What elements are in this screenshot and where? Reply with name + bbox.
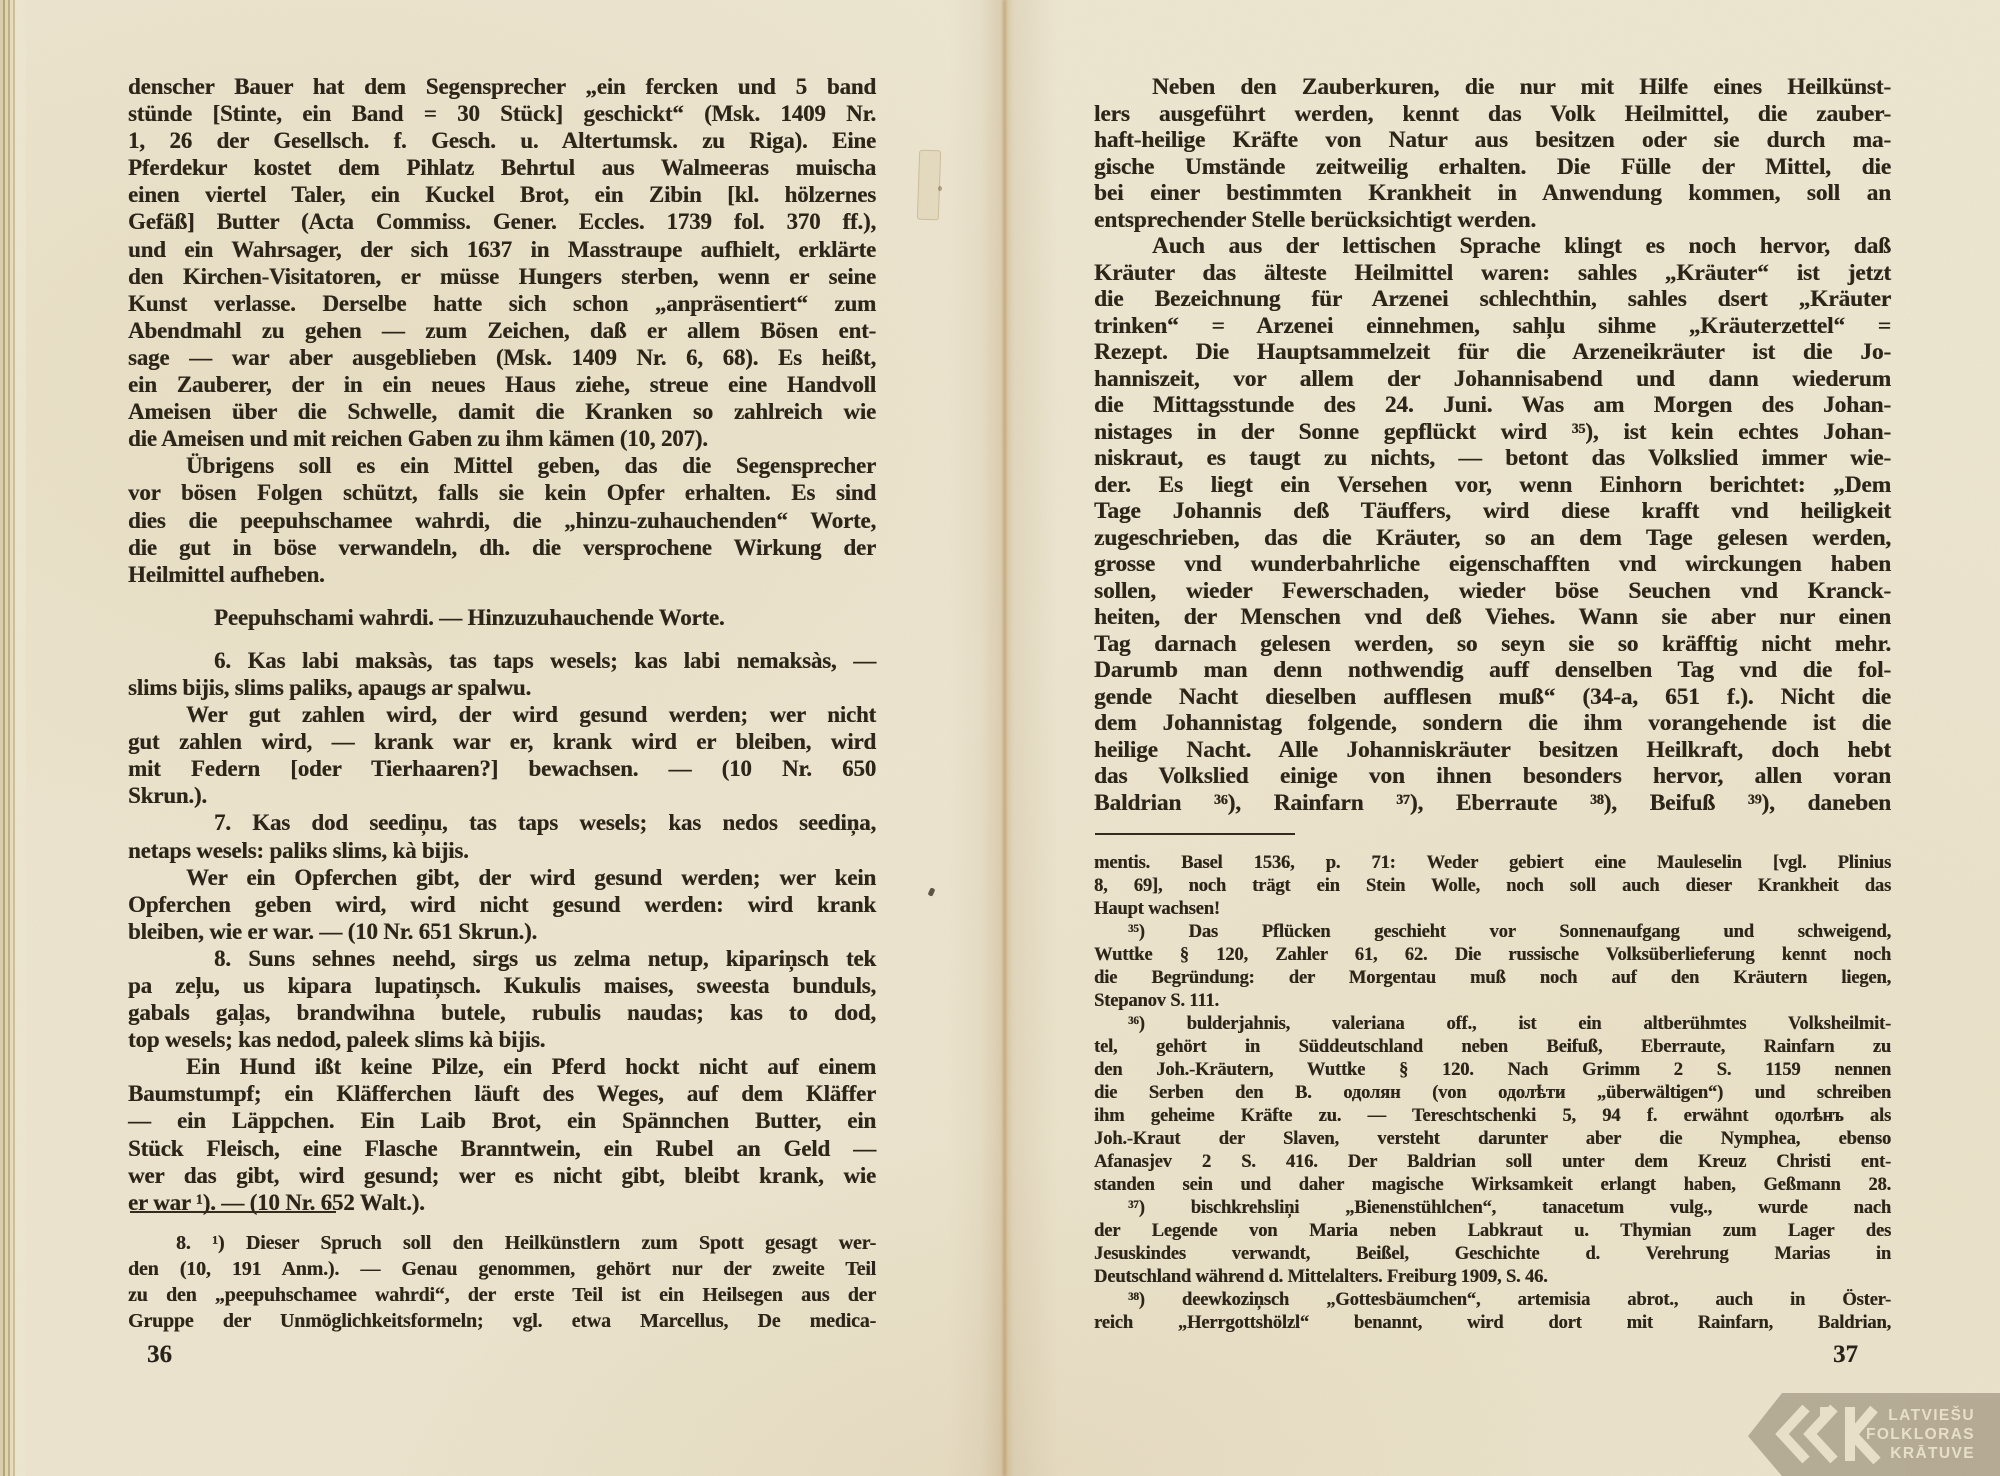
watermark-line: LATVIEŠU	[1866, 1406, 1975, 1425]
footnote-line: 8, 69], noch trägt ein Stein Wolle, noch…	[1094, 874, 1891, 897]
text-line: entsprechender Stelle berücksichtigt wer…	[1094, 207, 1891, 234]
footnote-line: ihm geheime Kräfte zu. — Tereschtschenki…	[1094, 1104, 1891, 1127]
footnote-line: die Begründung: der Morgentau muß noch a…	[1094, 966, 1891, 989]
text-line: heiten, der Menschen vnd deß Viehes. Wan…	[1094, 604, 1891, 631]
footnote-line: ³⁸) deewkoziņsch „Gottesbäumchen“, artem…	[1094, 1288, 1891, 1311]
text-line: Baldrian ³⁶), Rainfarn ³⁷), Eberraute ³⁸…	[1094, 790, 1891, 817]
right-page-footnote-text: mentis. Basel 1536, p. 71: Weder gebiert…	[1094, 851, 1891, 1334]
footnote-line: ³⁶) bulderjahnis, valeriana off., ist ei…	[1094, 1012, 1891, 1035]
footnote-line: Afanasjev 2 S. 416. Der Baldrian soll un…	[1094, 1150, 1891, 1173]
text-line: bei einer bestimmten Krankheit in Anwend…	[1094, 180, 1891, 207]
footnote-line: ³⁵) Das Pflücken geschieht vor Sonnenauf…	[1094, 920, 1891, 943]
footnote-line: der Legende von Maria neben Labkraut u. …	[1094, 1219, 1891, 1242]
book-spread-scan: denscher Bauer hat dem Segensprecher „ei…	[0, 0, 2000, 1476]
text-line: Kräuter das älteste Heilmittel waren: sa…	[1094, 260, 1891, 287]
page-number-right: 37	[1833, 1340, 1858, 1370]
page-right: Neben den Zauberkuren, die nur mit Hilfe…	[0, 0, 2000, 1476]
text-line: der. Es liegt ein Versehen vor, wenn Ein…	[1094, 472, 1891, 499]
footnote-line: Jesuskindes verwandt, Beißel, Geschichte…	[1094, 1242, 1891, 1265]
right-footnote-rule	[1095, 833, 1295, 835]
text-line: heilige Nacht. Alle Johanniskräuter besi…	[1094, 737, 1891, 764]
text-line: die Mittagsstunde des 24. Juni. Was am M…	[1094, 392, 1891, 419]
footnote-line: Joh.-Kraut der Slaven, versteht darunter…	[1094, 1127, 1891, 1150]
right-page-body-text: Neben den Zauberkuren, die nur mit Hilfe…	[1094, 74, 1891, 816]
footnote-line: Haupt wachsen!	[1094, 897, 1891, 920]
footnote-line: Deutschland während d. Mittelalters. Fre…	[1094, 1265, 1891, 1288]
footnote-line: tel, gehört in Süddeutschland neben Beif…	[1094, 1035, 1891, 1058]
text-line: Tage Johannis deß Täuffers, wird diese k…	[1094, 498, 1891, 525]
text-line: dem Johannistag folgende, sondern die ih…	[1094, 710, 1891, 737]
text-line: Neben den Zauberkuren, die nur mit Hilfe…	[1094, 74, 1891, 101]
text-line: Tag darnach gelesen werden, so seyn sie …	[1094, 631, 1891, 658]
text-line: die Bezeichnung für Arzenei schlechthin,…	[1094, 286, 1891, 313]
footnote-line: den Joh.-Kräutern, Wuttke § 120. Nach Gr…	[1094, 1058, 1891, 1081]
text-line: hanniszeit, vor allem der Johannisabend …	[1094, 366, 1891, 393]
text-line: gende Nacht dieselben aufflesen muß“ (34…	[1094, 684, 1891, 711]
text-line: zugeschrieben, das die Kräuter, so an de…	[1094, 525, 1891, 552]
text-line: grosse vnd wunderbahrliche eigenschaffte…	[1094, 551, 1891, 578]
text-line: sollen, wieder Fewerschaden, wieder böse…	[1094, 578, 1891, 605]
watermark-banner: LATVIEŠU FOLKLORAS KRĀTUVE	[1748, 1393, 2000, 1476]
footnote-line: die Serben den B. одолян (von одолѣти „ü…	[1094, 1081, 1891, 1104]
text-line: Rezept. Die Hauptsammelzeit für die Arze…	[1094, 339, 1891, 366]
text-line: Darumb man denn nothwendig auff denselbe…	[1094, 657, 1891, 684]
footnote-line: Wuttke § 120, Zahler 61, 62. Die russisc…	[1094, 943, 1891, 966]
text-line: das Volkslied einige von ihnen besonders…	[1094, 763, 1891, 790]
text-line: niskraut, es taugt zu nichts, — betont d…	[1094, 445, 1891, 472]
watermark-text: LATVIEŠU FOLKLORAS KRĀTUVE	[1866, 1406, 1975, 1463]
footnote-line: reich „Herrgottshölzl“ benannt, wird dor…	[1094, 1311, 1891, 1334]
text-line: Auch aus der lettischen Sprache klingt e…	[1094, 233, 1891, 260]
text-line: nistages in der Sonne gepflückt wird ³⁵)…	[1094, 419, 1891, 446]
watermark-line: KRĀTUVE	[1866, 1444, 1975, 1463]
footnote-line: standen sein und daher magische Wirksamk…	[1094, 1173, 1891, 1196]
text-line: trinken“ = Arzenei einnehmen, sahļu sihm…	[1094, 313, 1891, 340]
watermark-line: FOLKLORAS	[1866, 1425, 1975, 1444]
text-line: lers ausgeführt werden, kennt das Volk H…	[1094, 101, 1891, 128]
footnote-line: ³⁷) bischkrehsliņi „Bienenstühlchen“, ta…	[1094, 1196, 1891, 1219]
footnote-line: mentis. Basel 1536, p. 71: Weder gebiert…	[1094, 851, 1891, 874]
footnote-line: Stepanov S. 111.	[1094, 989, 1891, 1012]
text-line: gische Umstände zeitweilig erhalten. Die…	[1094, 154, 1891, 181]
text-line: haft-heilige Kräfte von Natur aus besitz…	[1094, 127, 1891, 154]
